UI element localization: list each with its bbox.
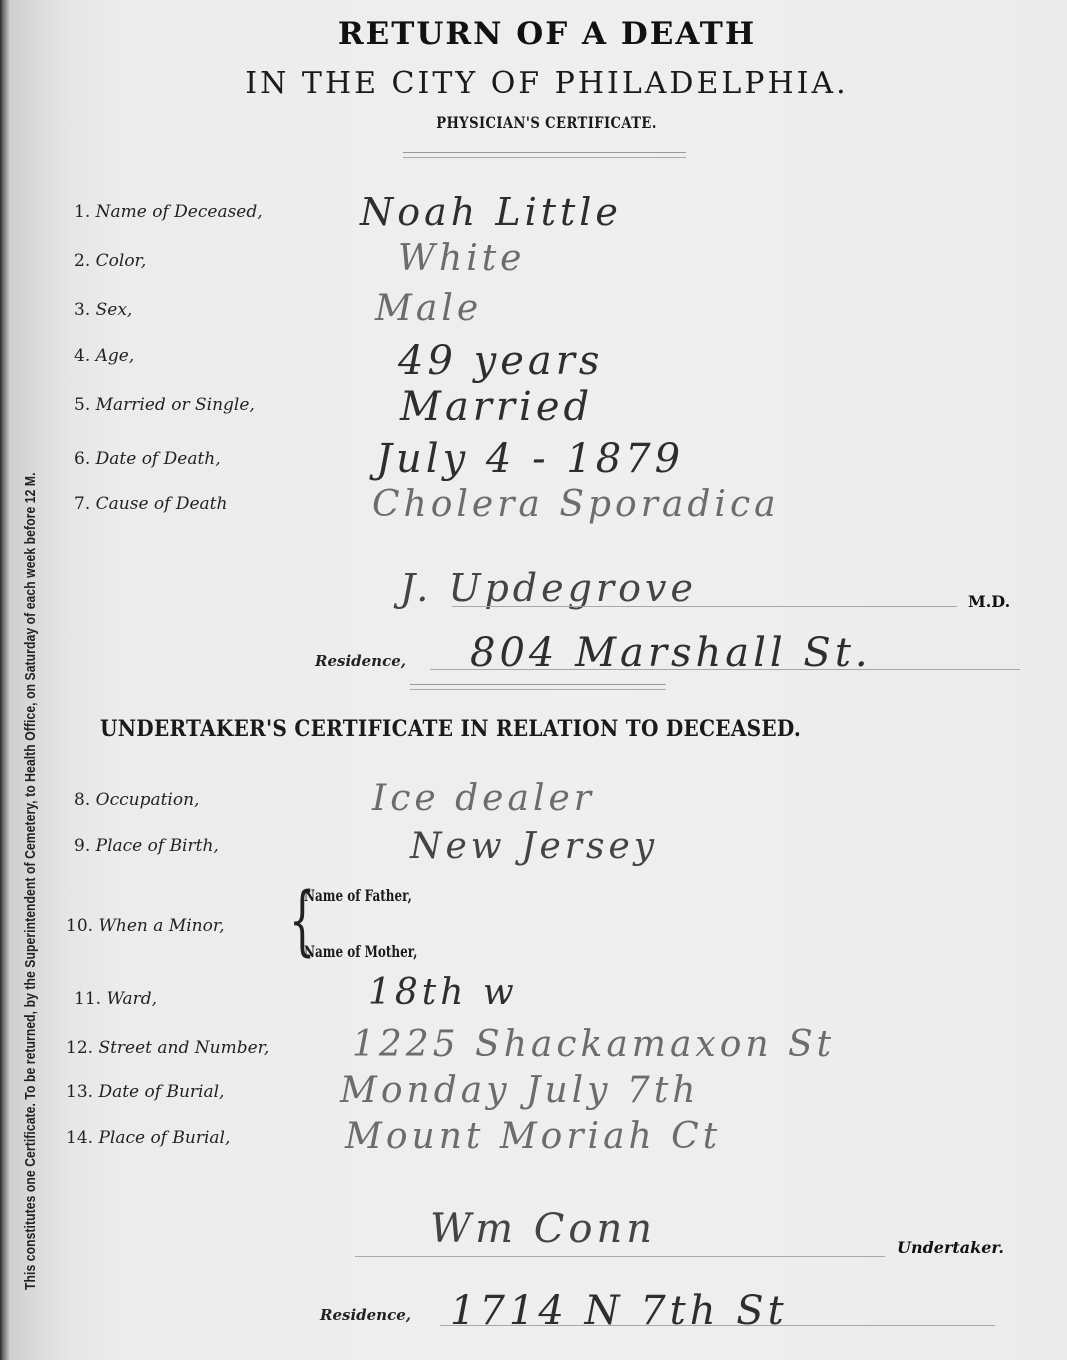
residence-line [430,669,1020,670]
field-label-street-number: 12. Street and Number, [66,1038,269,1058]
field-value-date-of-burial: Monday July 7th [340,1070,699,1111]
field-value-place-of-birth: New Jersey [410,826,658,867]
undertaker-residence-value: 1714 N 7th St [450,1288,788,1334]
physician-signature: J. Updegrove [400,566,697,610]
field-label-name: 1. Name of Deceased, [74,202,263,222]
undertaker-section-title: UNDERTAKER'S CERTIFICATE IN RELATION TO … [100,716,990,742]
field-label-color: 2. Color, [74,251,146,271]
field-value-ward: 18th w [368,972,518,1013]
md-suffix: M.D. [968,592,1010,611]
physician-section-title: PHYSICIAN'S CERTIFICATE. [0,113,1067,132]
field-label-when-a-minor: 10. When a Minor, [66,916,225,936]
field-label-date-of-burial: 13. Date of Burial, [66,1082,224,1102]
field-value-place-of-burial: Mount Moriah Ct [345,1116,721,1157]
field-value-occupation: Ice dealer [372,778,595,819]
field-value-cause-of-death: Cholera Sporadica [372,484,780,525]
divider [403,152,686,158]
undertaker-suffix: Undertaker. [897,1238,1004,1257]
field-label-occupation: 8. Occupation, [74,790,199,810]
field-label-sex: 3. Sex, [74,300,132,320]
document-subtitle: IN THE CITY OF PHILADELPHIA. [0,66,1067,101]
residence-line [440,1325,995,1326]
mother-name-label: Name of Mother, [304,942,455,961]
field-label-place-of-birth: 9. Place of Birth, [74,836,219,856]
field-value-married: Married [400,384,593,430]
side-instructions: This constitutes one Certificate. To be … [22,268,39,1290]
field-value-name: Noah Little [360,190,622,234]
field-label-date-of-death: 6. Date of Death, [74,449,221,469]
signature-line [452,606,957,607]
field-label-married: 5. Married or Single, [74,395,255,415]
field-value-sex: Male [375,288,482,329]
father-name-label: Name of Father, [304,886,448,905]
field-value-date-of-death: July 4 - 1879 [376,436,684,482]
field-value-street-number: 1225 Shackamaxon St [352,1024,835,1065]
signature-line [355,1256,885,1257]
field-value-color: White [398,238,525,279]
divider [410,684,666,690]
field-label-place-of-burial: 14. Place of Burial, [66,1128,230,1148]
document-title: RETURN OF A DEATH [0,16,1067,52]
field-value-age: 49 years [398,338,603,384]
field-label-age: 4. Age, [74,346,134,366]
undertaker-signature: Wm Conn [430,1206,656,1252]
physician-residence-label: Residence, [315,652,406,670]
field-label-ward: 11. Ward, [74,989,157,1009]
undertaker-residence-label: Residence, [320,1306,411,1324]
field-label-cause-of-death: 7. Cause of Death [74,494,227,514]
